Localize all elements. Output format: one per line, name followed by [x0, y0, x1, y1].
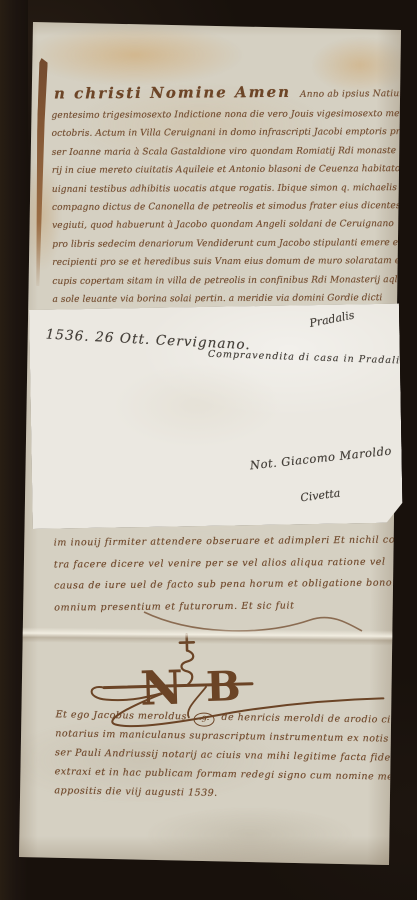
manuscript-line: rij in ciue mereto ciuitatis Aquileie et… [52, 160, 400, 180]
invocation-heading: n christi Nomine Amen [54, 83, 291, 103]
archivist-paper-slip: Pradalis 1536. 26 Ott. Cervignano. Compr… [29, 304, 403, 529]
manuscript-line: vegiuti, quod habuerunt à Jacobo quondam… [52, 216, 400, 236]
parchment-bottom-edge-shading [14, 836, 406, 868]
manuscript-line: recipienti pro se et heredibus suis Vnam… [52, 252, 400, 272]
manuscript-line: im inouij firmiter attendere obseruare e… [54, 529, 399, 554]
manuscript-line: uignani testibus adhibitis uocatis atque… [52, 179, 400, 199]
photographed-archive-page: n christi Nomine AmenAnno ab ipsius Nati… [0, 0, 417, 900]
manuscript-line: causa de iure uel de facto sub pena horu… [54, 572, 399, 597]
slip-secondary-note: Civetta [300, 487, 341, 505]
manuscript-line: gentesimo trigesimosexto Indictione nona… [51, 105, 399, 125]
manuscript-line: compagno dictus de Canonella de petreoli… [52, 197, 400, 217]
manuscript-line: octobris. Actum in Villa Ceruignani in d… [52, 123, 400, 143]
attestation-prefix: Et ego Jacobus meroldus [55, 705, 187, 726]
slip-corner-note: Pradalis [308, 308, 355, 329]
invocation-continuation: Anno ab ipsius Natiuitate millesimo quin [300, 88, 417, 99]
monogram-letter-B: B [205, 662, 241, 711]
manuscript-line: pro libris sedecim denariorum Vendiderun… [52, 234, 400, 254]
slip-subject-line: Compravendita di casa in Pradalis [208, 349, 406, 367]
invocation-line: n christi Nomine AmenAnno ab ipsius Nati… [54, 80, 417, 102]
parchment-top-edge-shading [14, 20, 406, 36]
deed-text-block: gentesimo trigesimosexto Indictione nona… [51, 105, 400, 309]
manuscript-line: tra facere dicere vel venire per se vel … [54, 551, 399, 576]
monogram-knot [181, 650, 194, 684]
manuscript-line: ser Ioanne maria à Scala Gastaldione vir… [52, 142, 400, 162]
slip-notary-signature: Not. Giacomo Maroldo [249, 444, 392, 473]
quondam-abbreviation-mark: -9- [194, 712, 215, 726]
notary-attestation-block: Et ego Jacobus meroldus -9- de henricis … [54, 705, 400, 805]
manuscript-line: cupis copertam sitam in villa de petreol… [52, 271, 400, 291]
